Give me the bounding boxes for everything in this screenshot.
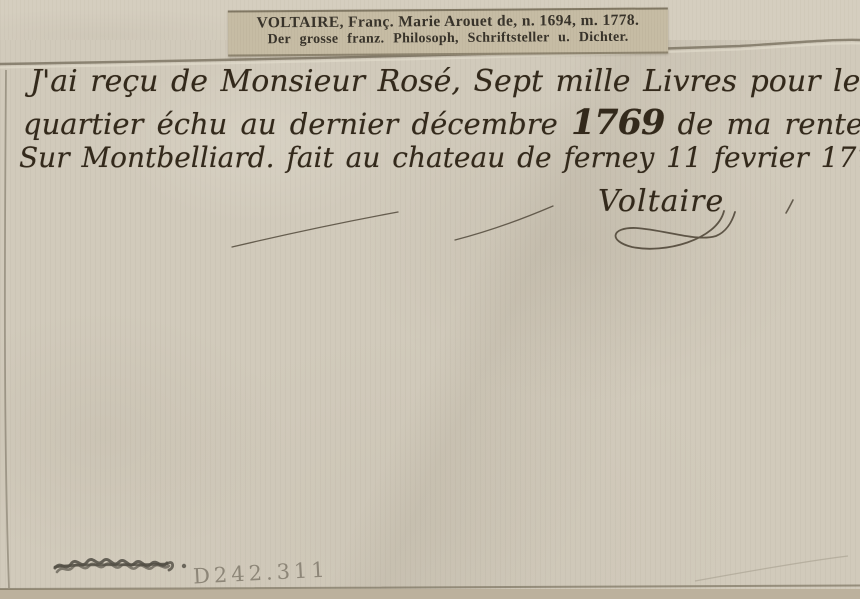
voltaire-signature: Voltaire xyxy=(598,184,724,219)
manuscript-line-2: quartier échu au dernier décembre 1769 d… xyxy=(23,102,860,143)
manuscript-line-2-start: quartier échu au dernier décembre xyxy=(23,107,571,141)
bottom-mount-strip xyxy=(0,589,860,599)
manuscript-line-3: Sur Montbelliard. fait au chateau de fer… xyxy=(19,141,860,174)
manuscript-line-1: J'ai reçu de Monsieur Rosé, Sept mille L… xyxy=(30,64,860,99)
label-subtitle-line: Der grosse franz. Philosoph, Schriftstel… xyxy=(228,29,668,48)
manuscript-line-2-end: de ma rente viagère xyxy=(664,107,860,141)
voltaire-receipt-photograph: VOLTAIRE, Franç. Marie Arouet de, n. 169… xyxy=(0,0,860,599)
printed-collector-label: VOLTAIRE, Franç. Marie Arouet de, n. 169… xyxy=(228,7,668,56)
manuscript-year-1769: 1769 xyxy=(571,102,664,143)
